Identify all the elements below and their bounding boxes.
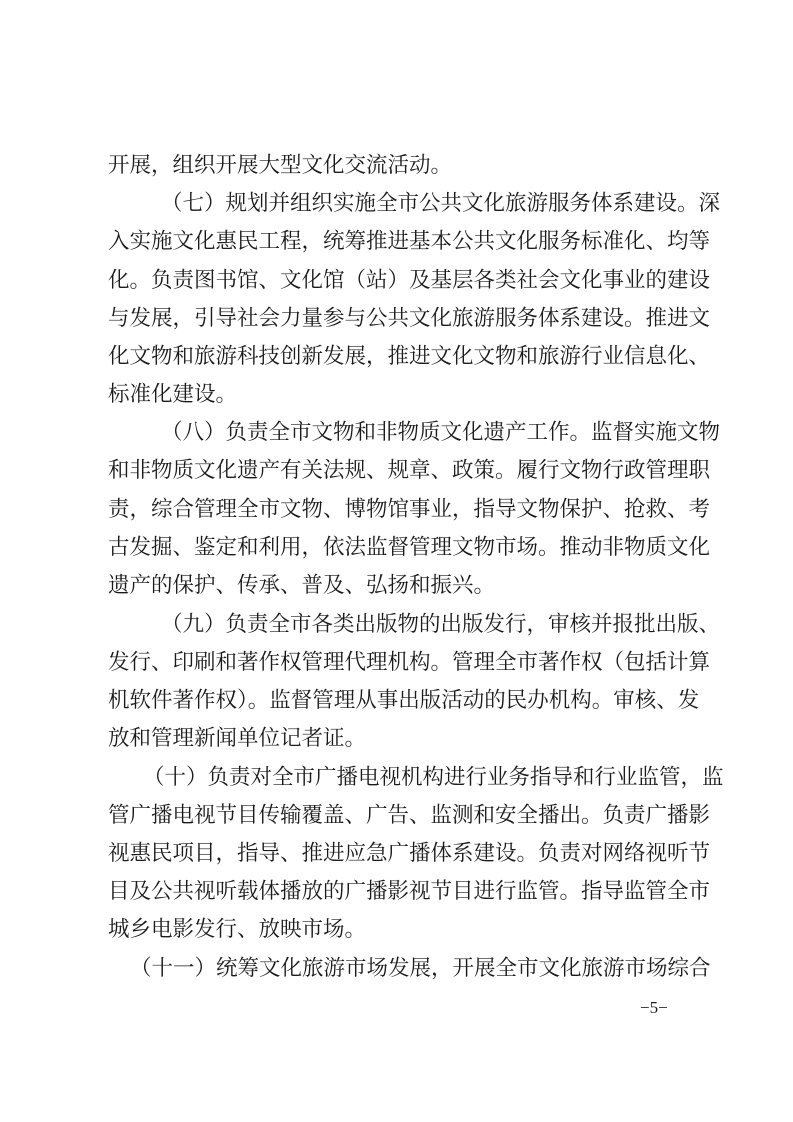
document-page: 开展，组织开展大型文化交流活动。 （七）规划并组织实施全市公共文化旅游服务体系建…: [0, 0, 793, 1122]
paragraph-8-start: （八）负责全市文物和非物质文化遗产工作。监督实施文物: [161, 418, 693, 448]
text-line: 化文物和旅游科技创新发展，推进文化文物和旅游行业信息化、: [108, 342, 693, 372]
text-line: 入实施文化惠民工程，统筹推进基本公共文化服务标准化、均等: [108, 227, 693, 257]
text-line: 古发掘、鉴定和利用，依法监督管理文物市场。推动非物质文化: [108, 533, 693, 563]
text-line: 责，综合管理全市文物、博物馆事业，指导文物保护、抢救、考: [108, 495, 693, 525]
text-line: 和非物质文化遗产有关法规、规章、政策。履行文物行政管理职: [108, 456, 693, 486]
text-line: 发行、印刷和著作权管理代理机构。管理全市著作权（包括计算: [108, 648, 693, 678]
text-line: 城乡电影发行、放映市场。: [108, 915, 693, 945]
paragraph-9-start: （九）负责全市各类出版物的出版发行，审核并报批出版、: [161, 610, 693, 640]
paragraph-10-start: （十）负责对全市广播电视机构进行业务指导和行业监管，监: [143, 763, 693, 793]
text-line: 目及公共视听载体播放的广播影视节目进行监管。指导监管全市: [108, 877, 693, 907]
text-line: 机软件著作权）。监督管理从事出版活动的民办机构。审核、发: [108, 686, 693, 716]
text-line: 管广播电视节目传输覆盖、广告、监测和安全播出。负责广播影: [108, 801, 693, 831]
text-line: 开展，组织开展大型文化交流活动。: [108, 151, 693, 181]
text-line: 与发展，引导社会力量参与公共文化旅游服务体系建设。推进文: [108, 304, 693, 334]
paragraph-11-start: （十一）统筹文化旅游市场发展，开展全市文化旅游市场综合: [130, 954, 693, 984]
text-line: 放和管理新闻单位记者证。: [108, 724, 693, 754]
text-line: 标准化建设。: [108, 380, 693, 410]
page-number: −5−: [640, 998, 668, 1018]
text-line: 遗产的保护、传承、普及、弘扬和振兴。: [108, 571, 693, 601]
text-line: 化。负责图书馆、文化馆（站）及基层各类社会文化事业的建设: [108, 266, 693, 296]
text-line: 视惠民项目，指导、推进应急广播体系建设。负责对网络视听节: [108, 839, 693, 869]
paragraph-7-start: （七）规划并组织实施全市公共文化旅游服务体系建设。深: [161, 189, 693, 219]
